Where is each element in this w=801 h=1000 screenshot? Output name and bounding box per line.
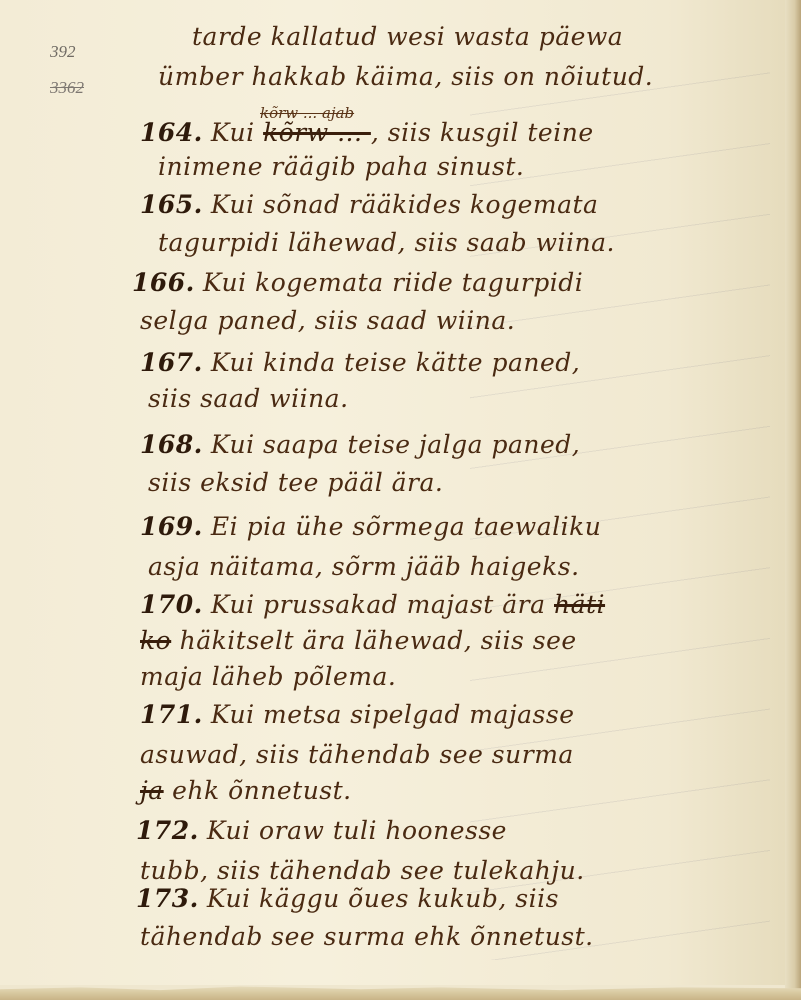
text-line: ja ehk õnnetust.: [140, 776, 352, 805]
text-line: 165.Kui sõnad rääkides kogemata: [140, 190, 598, 219]
text-line: ümber hakkab käima, siis on nõiutud.: [158, 62, 653, 91]
page-number: 392: [50, 42, 76, 62]
text-line: 167.Kui kinda teise kätte paned,: [140, 348, 580, 377]
text-line: 170.Kui prussakad majast ära häti: [140, 590, 605, 619]
struck-text: häti: [554, 590, 605, 619]
text-line: tarde kallatud wesi wasta päewa: [192, 22, 623, 51]
text-line: 171.Kui metsa sipelgad majasse: [140, 700, 575, 729]
text-line: inimene räägib paha sinust.: [158, 152, 524, 181]
text-line: asuwad, siis tähendab see surma: [140, 740, 574, 769]
text-line: tähendab see surma ehk õnnetust.: [140, 922, 594, 951]
text-line: 164.Kui kõrw ... , siis kusgil teine: [140, 118, 594, 147]
text-line: 169.Ei pia ühe sõrmega taewaliku: [140, 512, 601, 541]
text-line: asja näitama, sõrm jääb haigeks.: [148, 552, 580, 581]
text-line: 172.Kui oraw tuli hoonesse: [136, 816, 507, 845]
text-line: tagurpidi lähewad, siis saab wiina.: [158, 228, 615, 257]
struck-text: kõrw ...: [263, 118, 371, 147]
text-line: 168.Kui saapa teise jalga paned,: [140, 430, 580, 459]
text-line: selga paned, siis saad wiina.: [140, 306, 515, 335]
crossed-out-page-number: 3362: [50, 78, 84, 98]
struck-text: ko: [140, 626, 171, 655]
text-line: 166.Kui kogemata riide tagurpidi: [132, 268, 583, 297]
text-line: tubb, siis tähendab see tulekahju.: [140, 856, 585, 885]
text-line: siis saad wiina.: [148, 384, 349, 413]
text-line: ko häkitselt ära lähewad, siis see: [140, 626, 577, 655]
struck-text: ja: [140, 776, 164, 805]
text-line: 173.Kui käggu õues kukub, siis: [136, 884, 559, 913]
manuscript-page: 392 3362 tarde kallatud wesi wasta päewa…: [0, 0, 785, 985]
page-edge: [785, 0, 801, 1000]
text-line: maja läheb põlema.: [140, 662, 396, 691]
text-line: siis eksid tee pääl ära.: [148, 468, 443, 497]
